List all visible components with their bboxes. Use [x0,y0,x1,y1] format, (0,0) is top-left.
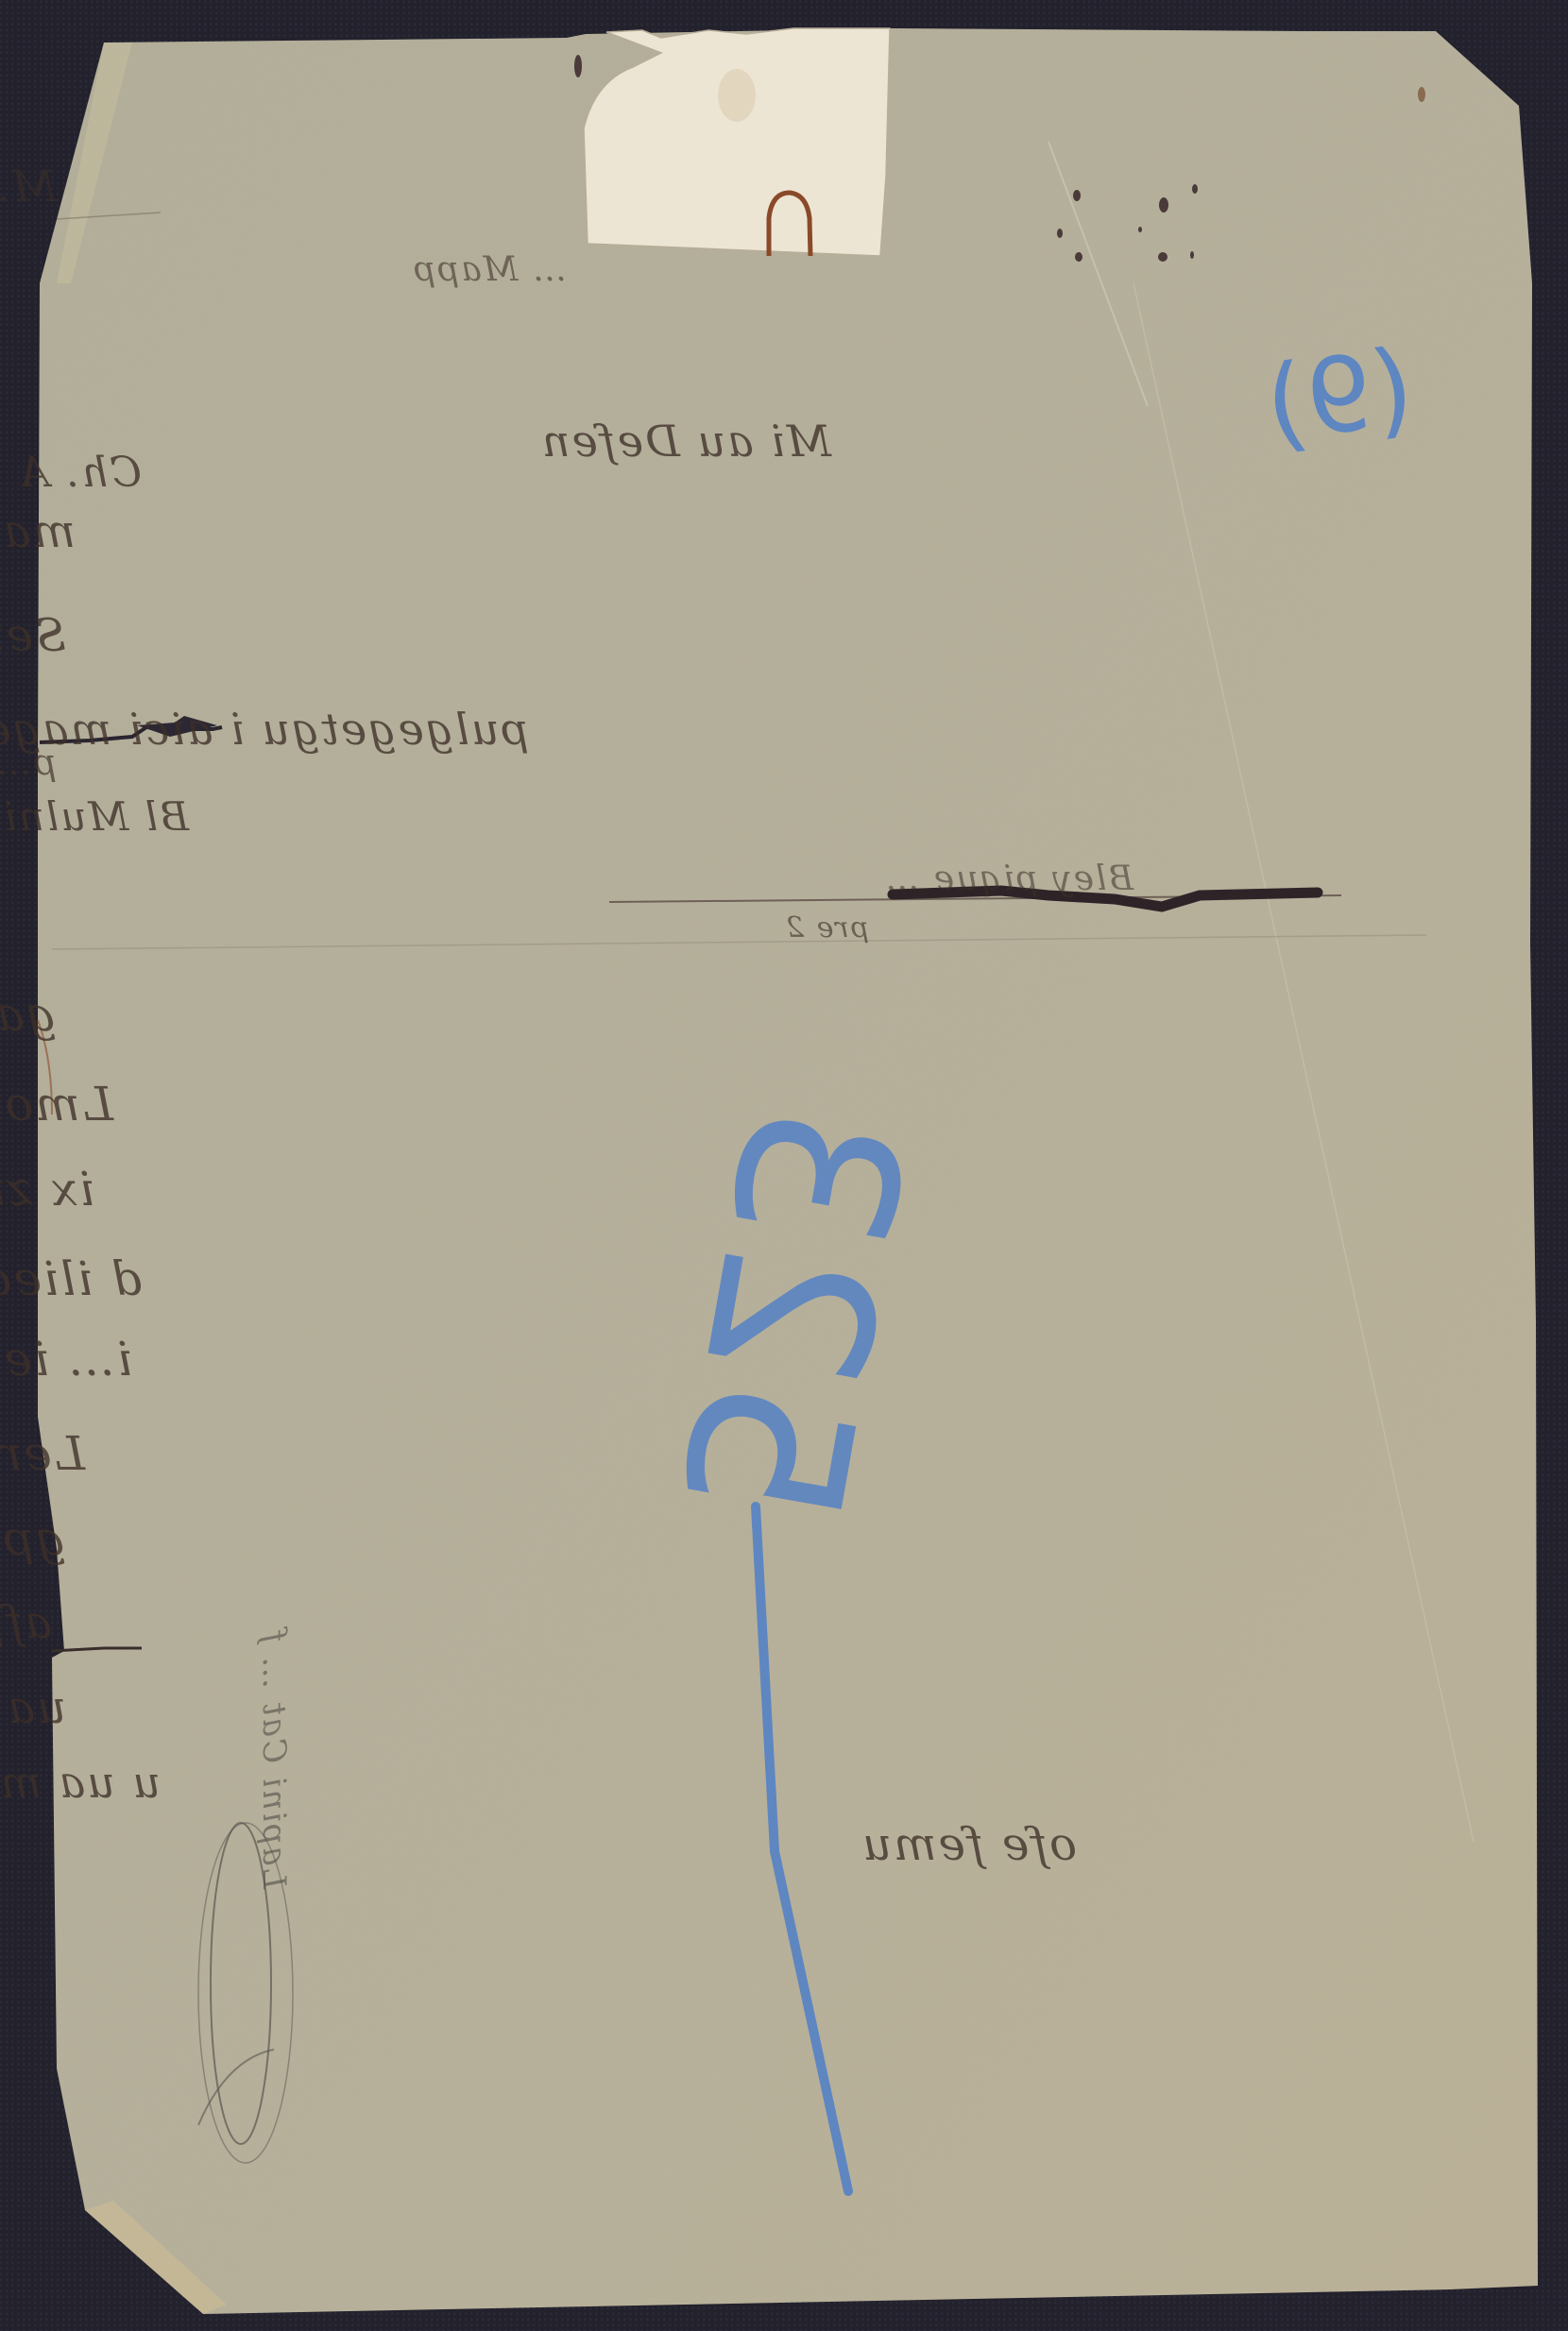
blue-pencil-stroke [737,1492,878,2210]
manuscript-sheet: M. 19. Bj. mepe … Muilly a Artam … Mapp … [0,0,1568,2331]
manuscript-line: pulgegetgu i aici mage [0,704,529,755]
manuscript-line: Semoge & Bnucpe i Bad a Buago vorme [0,609,66,662]
manuscript-line: gaul Ahge ∓ Baudm gonne l Up [0,987,57,1042]
manuscript-line: Mi au Defen [444,416,831,467]
pencil-signature: Lapini Cat … f [255,1629,293,1889]
manuscript-line: ix zigu Nogomaelgh I d. Byflen [0,1162,94,1217]
manuscript-line: mand regnte de Legas il [0,505,76,558]
manuscript-line: i… ie al of al il luoly ff [0,1332,132,1387]
manuscript-line: Lmoiga Dutcol ye ogf ceule ch h [0,1077,113,1131]
manuscript-line: Bley pique … [916,859,1133,898]
manuscript-line: Bl Mulnitod Bueba ch Ap…ig [0,793,189,840]
folio-number-annotation: (9) [1258,326,1421,466]
manuscript-line: d ilieo f. A Ngnello la [0,1251,142,1306]
manuscript-line: Leroya ceulo ptin ogf stegfp yoghru [0,1426,85,1481]
manuscript-line: p… Mdlotlinth Conape Ang… 7 en [0,741,57,783]
manuscript-line: ua ygfu nff… a Lultan gn… l [0,1681,66,1734]
manuscript-line: gp al ai ta Blu mappmeale cun ov [0,1511,66,1566]
manuscript-line: M. 19. Bj. mepe … Muilly a Artam [0,161,57,212]
manuscript-line: pre 2 [775,911,869,944]
manuscript-line: … Mapp [453,250,567,289]
manuscript-line: u ua mahi alhn ch l l. ai [0,1757,161,1808]
pencil-oval-stamp [170,1804,548,2238]
manuscript-line: Ch. A [9,449,142,497]
paper-label-patch [576,25,902,270]
manuscript-line: afpenai … opeux pua Ln a fe f [0,1596,52,1649]
